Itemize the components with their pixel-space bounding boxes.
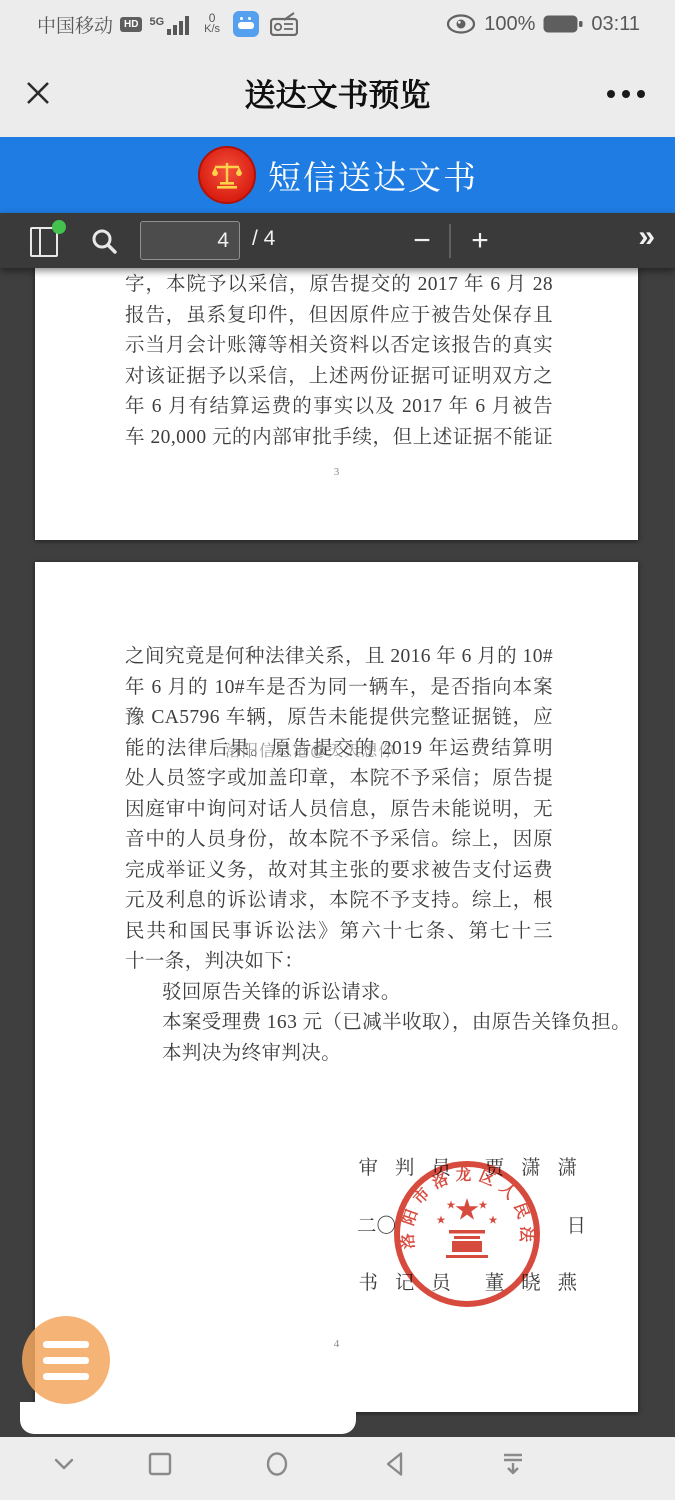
pdf-viewport[interactable]: 字，本院予以采信，原告提交的 2017 年 6 月 28 日生产科的 报告，虽系… <box>0 268 675 1437</box>
page-number-footer: 4 <box>35 1338 638 1350</box>
page-total-label: / 4 <box>252 227 275 251</box>
doc-text-line: 十一条，判决如下： <box>35 947 638 978</box>
pull-down-icon[interactable] <box>496 1447 530 1481</box>
square-recents-icon[interactable] <box>143 1447 177 1481</box>
zoom-out-button[interactable]: − <box>400 219 444 263</box>
hd-badge: HD <box>120 17 142 32</box>
signal-bars-icon: 5G <box>149 13 193 35</box>
doc-text-line: 民共和国民事诉讼法》第六十七条、第七十三条、第一百一 <box>35 917 638 948</box>
pdf-page-4: 之间究竟是何种法律关系，且 2016 年 6 月的 10#车与 2017 年 6… <box>35 562 638 1412</box>
circle-home-icon[interactable] <box>260 1447 294 1481</box>
signal-bars-glyph <box>167 13 193 35</box>
doc-text-line: 字，本院予以采信，原告提交的 2017 年 6 月 28 日生产科的 <box>35 270 638 301</box>
seal-text: 洛阳市洛龙区人民法院 <box>391 1158 536 1250</box>
battery-icon <box>543 14 583 34</box>
status-left-cluster: 中国移动 HD 5G 0 K/s <box>37 0 298 48</box>
court-emblem-icon <box>198 146 256 204</box>
page-title: 送达文书预览 <box>0 70 675 115</box>
watermark-text: 洛阳信息港@天天想你 <box>225 738 395 761</box>
doc-text-line: 豫 CA5796 车辆，原告未能提供完整证据链，应承担举证不 <box>35 703 638 734</box>
network-speed: 0 K/s <box>204 13 220 35</box>
more-tools-button[interactable]: » <box>638 220 655 254</box>
carrier-label: 中国移动 <box>37 11 113 38</box>
svg-text:洛阳市洛龙区人民法院: 洛阳市洛龙区人民法院 <box>391 1158 536 1250</box>
network-type-label: 5G <box>149 16 164 28</box>
doc-decision-line: 本判决为终审判决。 <box>35 1039 638 1070</box>
sidebar-notification-dot <box>52 220 66 234</box>
doc-text-line: 年 6 月有结算运费的事实以及 2017 年 6 月被告有扣除 10#罐 <box>35 392 638 423</box>
toolbar-divider <box>449 224 451 258</box>
doc-decision-line: 驳回原告关锋的诉讼请求。 <box>35 978 638 1009</box>
search-icon[interactable] <box>90 227 118 255</box>
date-end: 日 <box>566 1210 586 1238</box>
zoom-in-button[interactable]: + <box>458 219 502 263</box>
doc-text-line: 示当月会计账簿等相关资料以否定该报告的真实性，故本院 <box>35 331 638 362</box>
clock-label: 03:11 <box>591 13 640 36</box>
page-number-input[interactable] <box>140 221 240 260</box>
pdf-page-3: 字，本院予以采信，原告提交的 2017 年 6 月 28 日生产科的 报告，虽系… <box>35 268 638 540</box>
pdf-toolbar: / 4 − + » <box>0 213 675 268</box>
doc-text-line: 完成举证义务，故对其主张的要求被告支付运费 21,032.26 <box>35 856 638 887</box>
blue-app-icon <box>233 11 259 37</box>
triangle-back-icon[interactable] <box>379 1447 413 1481</box>
battery-percent-label: 100% <box>484 13 535 36</box>
doc-text-line: 年 6 月的 10#车是否为同一辆车，是否指向本案原告所有的 <box>35 673 638 704</box>
doc-decision-line: 本案受理费 163 元（已减半收取），由原告关锋负担。 <box>35 1008 638 1039</box>
court-seal-stamp: 洛阳市洛龙区人民法院 <box>391 1158 543 1310</box>
doc-text-line: 报告，虽系复印件，但因原件应于被告处保存且被告未能出 <box>35 301 638 332</box>
sidebar-toggle-icon[interactable] <box>30 224 62 258</box>
status-bar: 中国移动 HD 5G 0 K/s <box>0 0 675 48</box>
doc-text-line: 车 20,000 元的内部审批手续，但上述证据不能证明原被告 <box>35 423 638 454</box>
doc-text-line: 处人员签字或加盖印章，本院不予采信；原告提交的录音， <box>35 764 638 795</box>
doc-text-line: 因庭审中询问对话人员信息，原告未能说明，无法核实该录 <box>35 795 638 826</box>
screen: 中国移动 HD 5G 0 K/s <box>0 0 675 1500</box>
hamburger-menu-icon <box>43 1341 89 1348</box>
system-nav-bar <box>0 1437 675 1500</box>
app-nav-bar: 送达文书预览 <box>0 48 675 137</box>
eye-icon <box>446 14 476 34</box>
floating-menu-button[interactable] <box>22 1316 110 1404</box>
doc-text-line: 对该证据予以采信，上述两份证据可证明双方之间于 2016 <box>35 362 638 393</box>
status-right-cluster: 100% 03:11 <box>446 0 640 48</box>
more-dots-icon[interactable] <box>607 90 645 98</box>
page-number-footer: 3 <box>35 466 638 478</box>
radio-icon <box>270 12 298 36</box>
doc-text-line: 元及利息的诉讼请求，本院不予支持。综上，根据《中华人 <box>35 886 638 917</box>
doc-text-line: 之间究竟是何种法律关系，且 2016 年 6 月的 10#车与 2017 <box>35 642 638 673</box>
banner-title: 短信送达文书 <box>268 137 478 213</box>
doc-text-line: 音中的人员身份，故本院不予采信。综上，因原告关锋未能 <box>35 825 638 856</box>
bottom-overlay-card <box>20 1402 356 1434</box>
sms-service-banner: 短信送达文书 <box>0 137 675 213</box>
chevron-down-icon[interactable] <box>47 1447 81 1481</box>
